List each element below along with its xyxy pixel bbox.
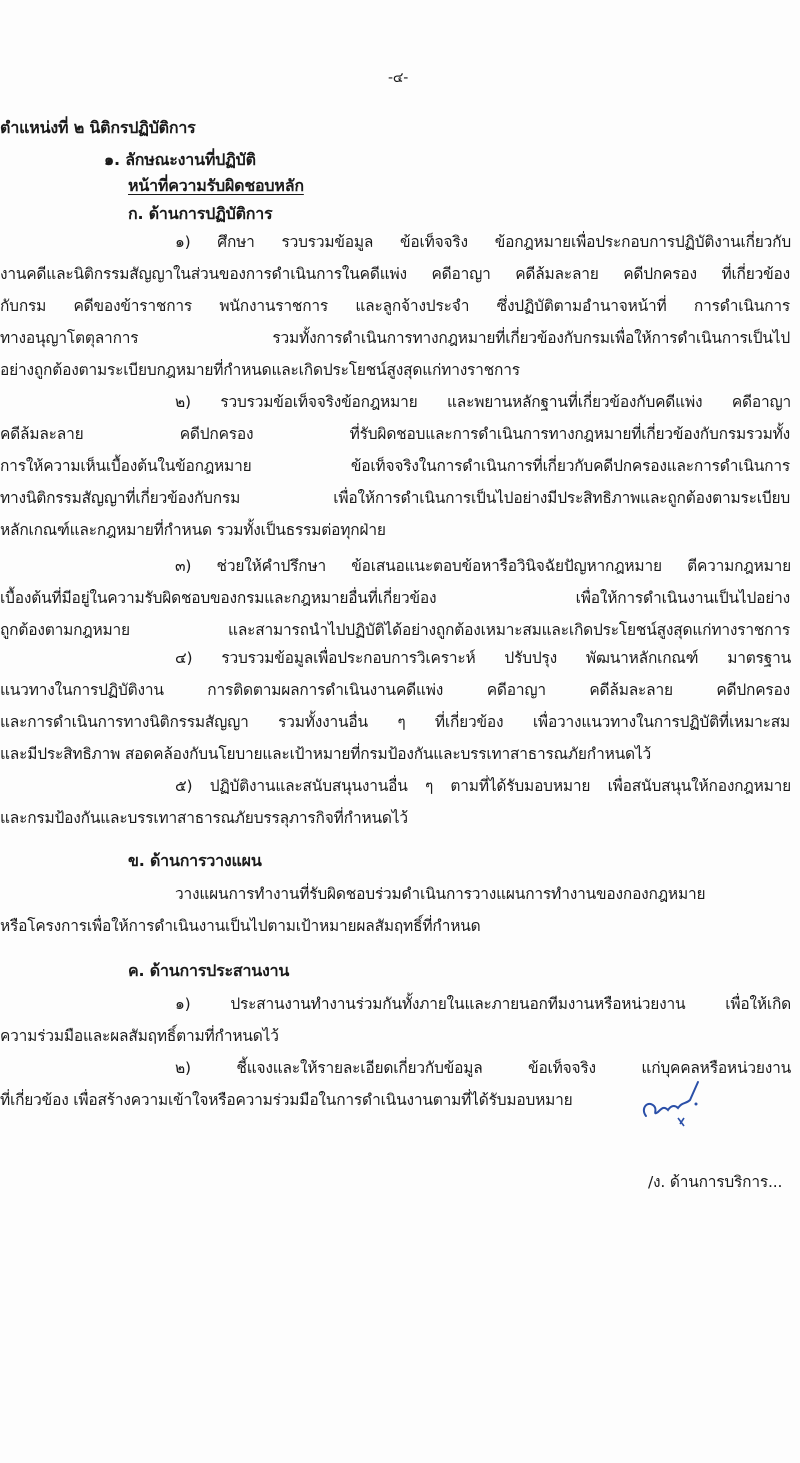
document-page: -๔- ตำแหน่งที่ ๒ นิติกรปฏิบัติการ ๑. ลัก…	[0, 0, 800, 1463]
section-kho-title: ข. ด้านการวางแผน	[128, 851, 262, 871]
ka-item-3-line-2: เบื้องต้นที่มีอยู่ในความรับผิดชอบของกรมแ…	[0, 588, 790, 608]
ka-item-4-line-2: แนวทางในการปฏิบัติงาน การติดตามผลการดำเน…	[0, 680, 790, 700]
ka-item-3-line-1: ๓) ช่วยให้คำปรึกษา ข้อเสนอแนะตอบข้อหารือ…	[175, 556, 791, 576]
ka-item-4-line-4: และมีประสิทธิภาพ สอดคล้องกับนโยบายและเป้…	[0, 744, 651, 764]
page-number: -๔-	[388, 68, 408, 88]
ka-item-3-line-3: ถูกต้องตามกฎหมาย และสามารถนำไปปฏิบัติได้…	[0, 620, 790, 640]
kho-khwai-item-1-line-1: ๑) ประสานงานทำงานร่วมกันทั้งภายในและภายน…	[175, 994, 791, 1014]
kho-khwai-item-2-line-2: ที่เกี่ยวข้อง เพื่อสร้างความเข้าใจหรือคว…	[0, 1090, 573, 1110]
section-1-subtitle: หน้าที่ความรับผิดชอบหลัก	[128, 176, 304, 196]
kho-khwai-item-1-line-2: ความร่วมมือและผลสัมฤทธิ์ตามที่กำหนดไว้	[0, 1026, 279, 1046]
ka-item-2-line-2: คดีล้มละลาย คดีปกครอง ที่รับผิดชอบและการ…	[0, 424, 790, 444]
ka-item-1-line-5: อย่างถูกต้องตามระเบียบกฎหมายที่กำหนดและเ…	[0, 360, 520, 380]
ka-item-2-line-3: การให้ความเห็นเบื้องต้นในข้อกฎหมาย ข้อเท…	[0, 456, 790, 476]
kho-khwai-item-2-line-1: ๒) ชี้แจงและให้รายละเอียดเกี่ยวกับข้อมูล…	[175, 1058, 791, 1078]
handwritten-initials-icon	[638, 1078, 708, 1128]
section-1-title: ๑. ลักษณะงานที่ปฏิบัติ	[104, 150, 256, 170]
ka-item-2-line-1: ๒) รวบรวมข้อเท็จจริงข้อกฎหมาย และพยานหลั…	[175, 392, 791, 412]
ka-item-1-line-1: ๑) ศึกษา รวบรวมข้อมูล ข้อเท็จจริง ข้อกฎห…	[175, 232, 791, 252]
position-title: ตำแหน่งที่ ๒ นิติกรปฏิบัติการ	[0, 118, 196, 138]
kho-line-2: หรือโครงการเพื่อให้การดำเนินงานเป็นไปตาม…	[0, 916, 481, 936]
kho-line-1: วางแผนการทำงานที่รับผิดชอบร่วมดำเนินการว…	[175, 884, 791, 904]
section-kho-khwai-title: ค. ด้านการประสานงาน	[128, 961, 289, 981]
ka-item-4-line-3: และการดำเนินการทางนิติกรรมสัญญา รวมทั้งง…	[0, 712, 790, 732]
ka-item-5-line-2: และกรมป้องกันและบรรเทาสาธารณภัยบรรลุภารก…	[0, 808, 408, 828]
ka-item-2-line-4: ทางนิติกรรมสัญญาที่เกี่ยวข้องกับกรม เพื่…	[0, 488, 790, 508]
ka-item-1-line-3: กับกรม คดีของข้าราชการ พนักงานราชการ และ…	[0, 296, 790, 316]
ka-item-1-line-4: ทางอนุญาโตตุลาการ รวมทั้งการดำเนินการทาง…	[0, 328, 790, 348]
ka-item-1-line-2: งานคดีและนิติกรรมสัญญาในส่วนของการดำเนิน…	[0, 264, 790, 284]
ka-item-5-line-1: ๕) ปฏิบัติงานและสนับสนุนงานอื่น ๆ ตามที่…	[175, 776, 791, 796]
ka-item-4-line-1: ๔) รวบรวมข้อมูลเพื่อประกอบการวิเคราะห์ ป…	[175, 648, 791, 668]
section-ka-title: ก. ด้านการปฏิบัติการ	[128, 204, 272, 224]
continuation-marker: /ง. ด้านการบริการ...	[648, 1172, 782, 1192]
ka-item-2-line-5: หลักเกณฑ์และกฎหมายที่กำหนด รวมทั้งเป็นธร…	[0, 520, 386, 540]
